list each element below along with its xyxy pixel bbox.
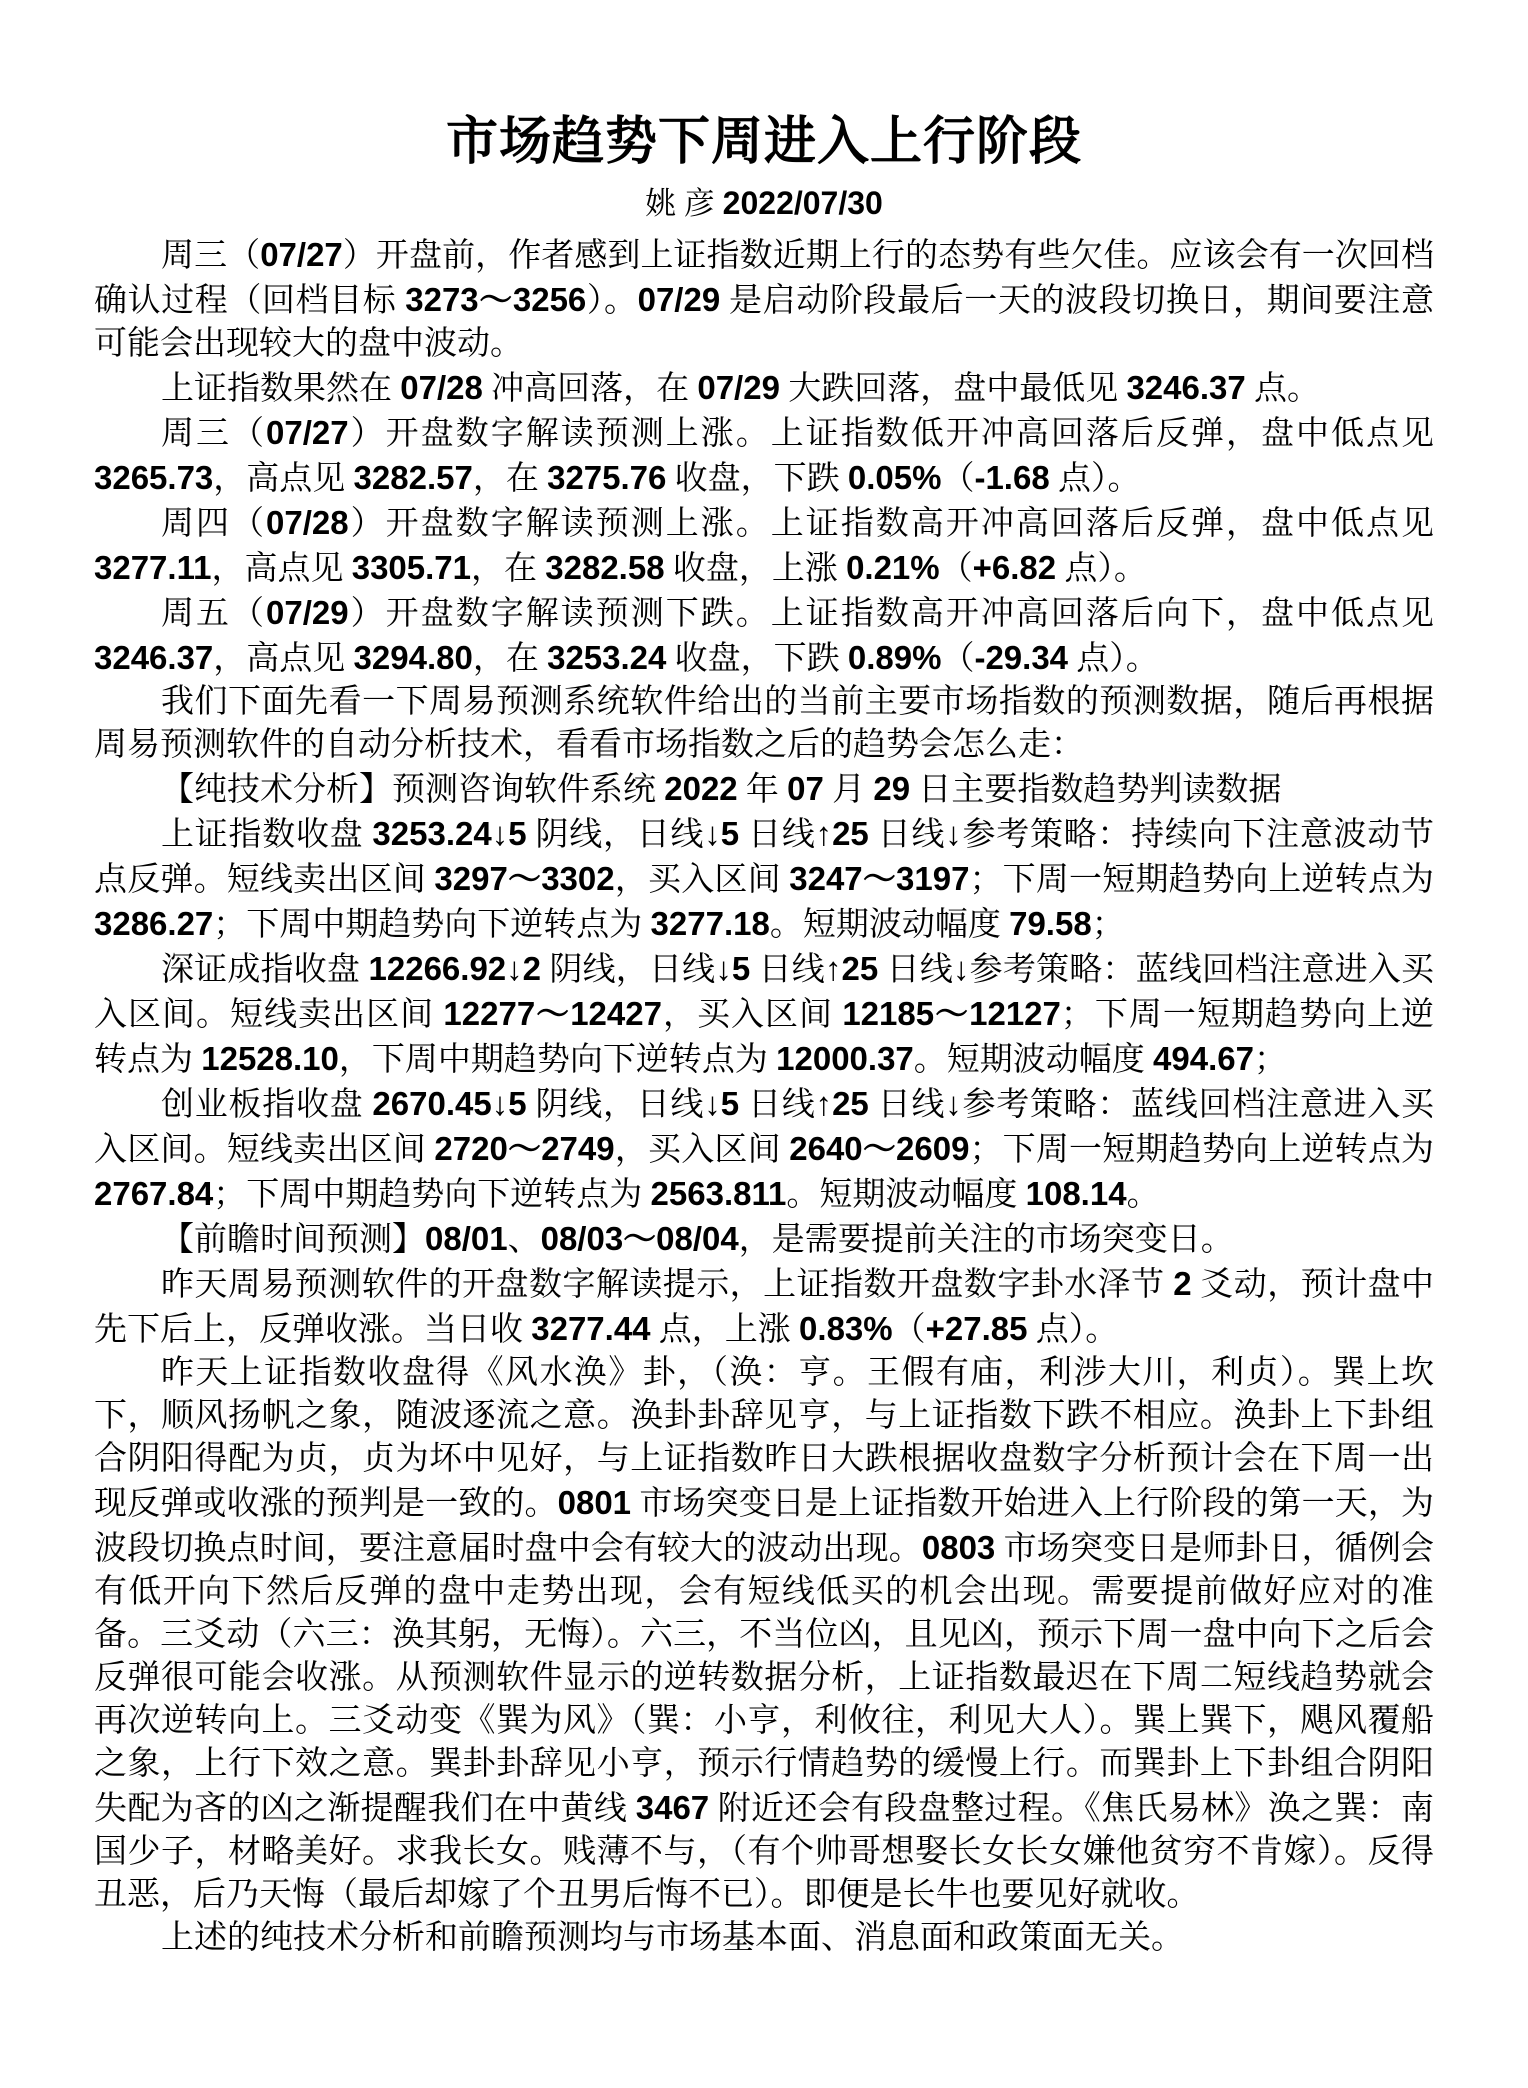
number-run: -29.34 <box>974 639 1068 676</box>
paragraph: 周五（07/29）开盘数字解读预测下跌。上证指数高开冲高回落后向下，盘中低点见 … <box>94 591 1434 681</box>
number-run: 2767.84 <box>94 1175 213 1212</box>
number-run: 3273～3256 <box>405 281 586 318</box>
text-run: ）开盘数字解读预测上涨。上证指数低开冲高回落后反弹，盘中低点见 <box>349 416 1434 452</box>
number-run: 3467 <box>636 1789 709 1826</box>
number-run: 2720～2749 <box>434 1130 614 1167</box>
text-run: ）开盘数字解读预测下跌。上证指数高开冲高回落后向下，盘中低点见 <box>349 596 1434 632</box>
text-run: 月 <box>824 772 874 808</box>
text-run: ）开盘数字解读预测上涨。上证指数高开冲高回落后反弹，盘中低点见 <box>349 506 1434 542</box>
text-run: 周三（ <box>161 238 260 274</box>
text-run: ↓ <box>492 817 509 853</box>
text-run: ，高点见 <box>211 551 351 587</box>
number-run: 0.21% <box>846 549 940 586</box>
number-run: 12528.10 <box>201 1040 339 1077</box>
text-run: ，买入区间 <box>615 862 790 898</box>
text-run: 深证成指收盘 <box>161 952 369 988</box>
number-run: 3253.24 <box>547 639 666 676</box>
text-run: 收盘，上涨 <box>665 551 847 587</box>
number-run: 3277.18 <box>651 905 770 942</box>
byline-date: 2022/07/30 <box>723 185 883 221</box>
paragraph: 【纯技术分析】预测咨询软件系统 2022 年 07 月 29 日主要指数趋势判读… <box>94 767 1434 812</box>
number-run: 25 <box>832 1085 869 1122</box>
text-run: （ <box>893 1312 926 1348</box>
number-run: 79.58 <box>1009 905 1092 942</box>
number-run: 3277.44 <box>531 1310 650 1347</box>
number-run: 07/29 <box>697 369 780 406</box>
paragraph: 我们下面先看一下周易预测系统软件给出的当前主要市场指数的预测数据，随后再根据周易… <box>94 681 1434 767</box>
number-run: 3275.76 <box>547 459 666 496</box>
number-run: 07/29 <box>266 594 349 631</box>
text-run: ，下周中期趋势向下逆转点为 <box>339 1042 776 1078</box>
text-run: 阴线，日线↓ <box>527 817 721 853</box>
text-run: 日线↑ <box>750 952 841 988</box>
text-run: 点。 <box>1246 371 1320 407</box>
number-run: 3297～3302 <box>434 860 614 897</box>
text-run: ；下周中期趋势向下逆转点为 <box>213 1177 650 1213</box>
text-run: ，高点见 <box>213 461 353 497</box>
number-run: 3282.58 <box>545 549 664 586</box>
number-run: 3253.24 <box>372 815 491 852</box>
number-run: -1.68 <box>974 459 1049 496</box>
number-run: 25 <box>842 950 879 987</box>
text-run: 点）。 <box>1056 551 1147 587</box>
text-run: ；下周一短期趋势向上逆转点为 <box>969 1132 1434 1168</box>
text-run: ，买入区间 <box>615 1132 790 1168</box>
text-run: 。 <box>1127 1177 1160 1213</box>
number-run: 07/27 <box>266 414 349 451</box>
number-run: 07/29 <box>638 281 721 318</box>
number-run: 2640～2609 <box>789 1130 969 1167</box>
text-run: 昨天周易预测软件的开盘数字解读提示，上证指数开盘数字卦水泽节 <box>161 1267 1173 1303</box>
paragraph: 周四（07/28）开盘数字解读预测上涨。上证指数高开冲高回落后反弹，盘中低点见 … <box>94 501 1434 591</box>
document-title: 市场趋势下周进入上行阶段 <box>94 112 1434 172</box>
paragraph: 创业板指收盘 2670.45↓5 阴线，日线↓5 日线↑25 日线↓参考策略：蓝… <box>94 1082 1434 1217</box>
text-run: 收盘，下跌 <box>666 461 848 497</box>
number-run: 2670.45 <box>372 1085 491 1122</box>
text-run: 。短期波动幅度 <box>914 1042 1153 1078</box>
document-body: 周三（07/27）开盘前，作者感到上证指数近期上行的态势有些欠佳。应该会有一次回… <box>94 233 1434 1960</box>
number-run: 12000.37 <box>776 1040 914 1077</box>
number-run: 08/01 <box>425 1220 508 1257</box>
text-run: ，买入区间 <box>662 997 842 1033</box>
text-run: ，是需要提前关注的市场突变日。 <box>739 1222 1234 1258</box>
text-run: 我们下面先看一下周易预测系统软件给出的当前主要市场指数的预测数据，随后再根据周易… <box>94 684 1434 763</box>
text-run: 周三（ <box>161 416 266 452</box>
number-run: 12185～12127 <box>842 995 1061 1032</box>
text-run: 、 <box>508 1222 541 1258</box>
text-run: ； <box>1254 1042 1287 1078</box>
text-run: ；下周中期趋势向下逆转点为 <box>213 907 650 943</box>
number-run: 0.89% <box>848 639 942 676</box>
text-run: 。短期波动幅度 <box>786 1177 1025 1213</box>
number-run: 0801 <box>558 1484 631 1521</box>
number-run: 29 <box>873 770 910 807</box>
paragraph: 上证指数果然在 07/28 冲高回落，在 07/29 大跌回落，盘中最低见 32… <box>94 366 1434 411</box>
text-run: 上述的纯技术分析和前瞻预测均与市场基本面、消息面和政策面无关。 <box>161 1920 1184 1956</box>
text-run: ，在 <box>473 461 547 497</box>
number-run: 0.83% <box>799 1310 893 1347</box>
paragraph: 深证成指收盘 12266.92↓2 阴线，日线↓5 日线↑25 日线↓参考策略：… <box>94 947 1434 1082</box>
text-run: 上证指数收盘 <box>161 817 372 853</box>
text-run: ↓ <box>492 1087 509 1123</box>
text-run: ； <box>1092 907 1125 943</box>
text-run: ）。 <box>586 283 637 319</box>
text-run: ，在 <box>471 551 545 587</box>
number-run: 0.05% <box>848 459 942 496</box>
text-run: 【纯技术分析】预测咨询软件系统 <box>161 772 664 808</box>
number-run: 07/28 <box>266 504 349 541</box>
text-run: 阴线，日线↓ <box>527 1087 721 1123</box>
number-run: 5 <box>508 1085 526 1122</box>
number-run: 25 <box>832 815 869 852</box>
number-run: 3282.57 <box>354 459 473 496</box>
number-run: 108.14 <box>1026 1175 1127 1212</box>
number-run: 3286.27 <box>94 905 213 942</box>
text-run: ↓ <box>506 952 523 988</box>
text-run: 日线↑ <box>739 817 832 853</box>
text-run: 阴线，日线↓ <box>541 952 732 988</box>
text-run: 点）。 <box>1050 461 1141 497</box>
number-run: +6.82 <box>973 549 1057 586</box>
text-run: 周五（ <box>161 596 266 632</box>
text-run: ，高点见 <box>213 641 353 677</box>
text-run: 收盘，下跌 <box>666 641 848 677</box>
number-run: 3277.11 <box>94 549 211 586</box>
text-run: 冲高回落，在 <box>483 371 698 407</box>
number-run: 3265.73 <box>94 459 213 496</box>
number-run: 3246.37 <box>94 639 213 676</box>
text-run: 。短期波动幅度 <box>770 907 1009 943</box>
number-run: 12266.92 <box>369 950 507 987</box>
text-run: 日线↑ <box>739 1087 832 1123</box>
paragraph: 上述的纯技术分析和前瞻预测均与市场基本面、消息面和政策面无关。 <box>94 1917 1434 1960</box>
number-run: 5 <box>732 950 750 987</box>
text-run: 年 <box>738 772 788 808</box>
byline: 姚 彦 2022/07/30 <box>94 184 1434 223</box>
text-run: 周四（ <box>161 506 266 542</box>
text-run: 大跌回落，盘中最低见 <box>780 371 1127 407</box>
number-run: 3246.37 <box>1126 369 1245 406</box>
number-run: 494.67 <box>1153 1040 1254 1077</box>
number-run: 07/27 <box>260 236 343 273</box>
number-run: 2563.811 <box>651 1175 787 1212</box>
text-run: 日主要指数趋势判读数据 <box>910 772 1281 808</box>
number-run: 2 <box>1173 1265 1191 1302</box>
number-run: 2 <box>523 950 541 987</box>
number-run: 12277～12427 <box>443 995 662 1032</box>
byline-author: 姚 彦 <box>645 186 715 221</box>
text-run: ，在 <box>473 641 547 677</box>
document-page: 市场趋势下周进入上行阶段 姚 彦 2022/07/30 周三（07/27）开盘前… <box>0 0 1528 2088</box>
text-run: （ <box>941 461 974 497</box>
number-run: 5 <box>721 815 739 852</box>
paragraph: 上证指数收盘 3253.24↓5 阴线，日线↓5 日线↑25 日线↓参考策略：持… <box>94 812 1434 947</box>
number-run: 5 <box>721 1085 739 1122</box>
text-run: 【前瞻时间预测】 <box>161 1222 425 1258</box>
text-run: 点）。 <box>1027 1312 1118 1348</box>
number-run: 5 <box>508 815 526 852</box>
text-run: 创业板指收盘 <box>161 1087 372 1123</box>
paragraph: 昨天上证指数收盘得《风水涣》卦，（涣：亨。王假有庙，利涉大川，利贞）。巽上坎下，… <box>94 1352 1434 1917</box>
number-run: +27.85 <box>926 1310 1028 1347</box>
paragraph: 【前瞻时间预测】08/01、08/03～08/04，是需要提前关注的市场突变日。 <box>94 1217 1434 1262</box>
number-run: 0803 <box>922 1529 995 1566</box>
number-run: 3294.80 <box>354 639 473 676</box>
text-run: （ <box>940 551 973 587</box>
number-run: 3247～3197 <box>789 860 969 897</box>
text-run: 点）。 <box>1068 641 1159 677</box>
text-run: （ <box>941 641 974 677</box>
number-run: 2022 <box>664 770 737 807</box>
number-run: 07/28 <box>400 369 483 406</box>
number-run: 08/03～08/04 <box>541 1220 739 1257</box>
text-run: 点，上涨 <box>651 1312 800 1348</box>
number-run: 07 <box>787 770 824 807</box>
text-run: ；下周一短期趋势向上逆转点为 <box>969 862 1434 898</box>
paragraph: 周三（07/27）开盘数字解读预测上涨。上证指数低开冲高回落后反弹，盘中低点见 … <box>94 411 1434 501</box>
paragraph: 昨天周易预测软件的开盘数字解读提示，上证指数开盘数字卦水泽节 2 爻动，预计盘中… <box>94 1262 1434 1352</box>
text-run: 上证指数果然在 <box>161 371 400 407</box>
text-run: 市场突变日是师卦日，循例会有低开向下然后反弹的盘中走势出现，会有短线低买的机会出… <box>94 1531 1434 1827</box>
number-run: 3305.71 <box>352 549 471 586</box>
paragraph: 周三（07/27）开盘前，作者感到上证指数近期上行的态势有些欠佳。应该会有一次回… <box>94 233 1434 366</box>
